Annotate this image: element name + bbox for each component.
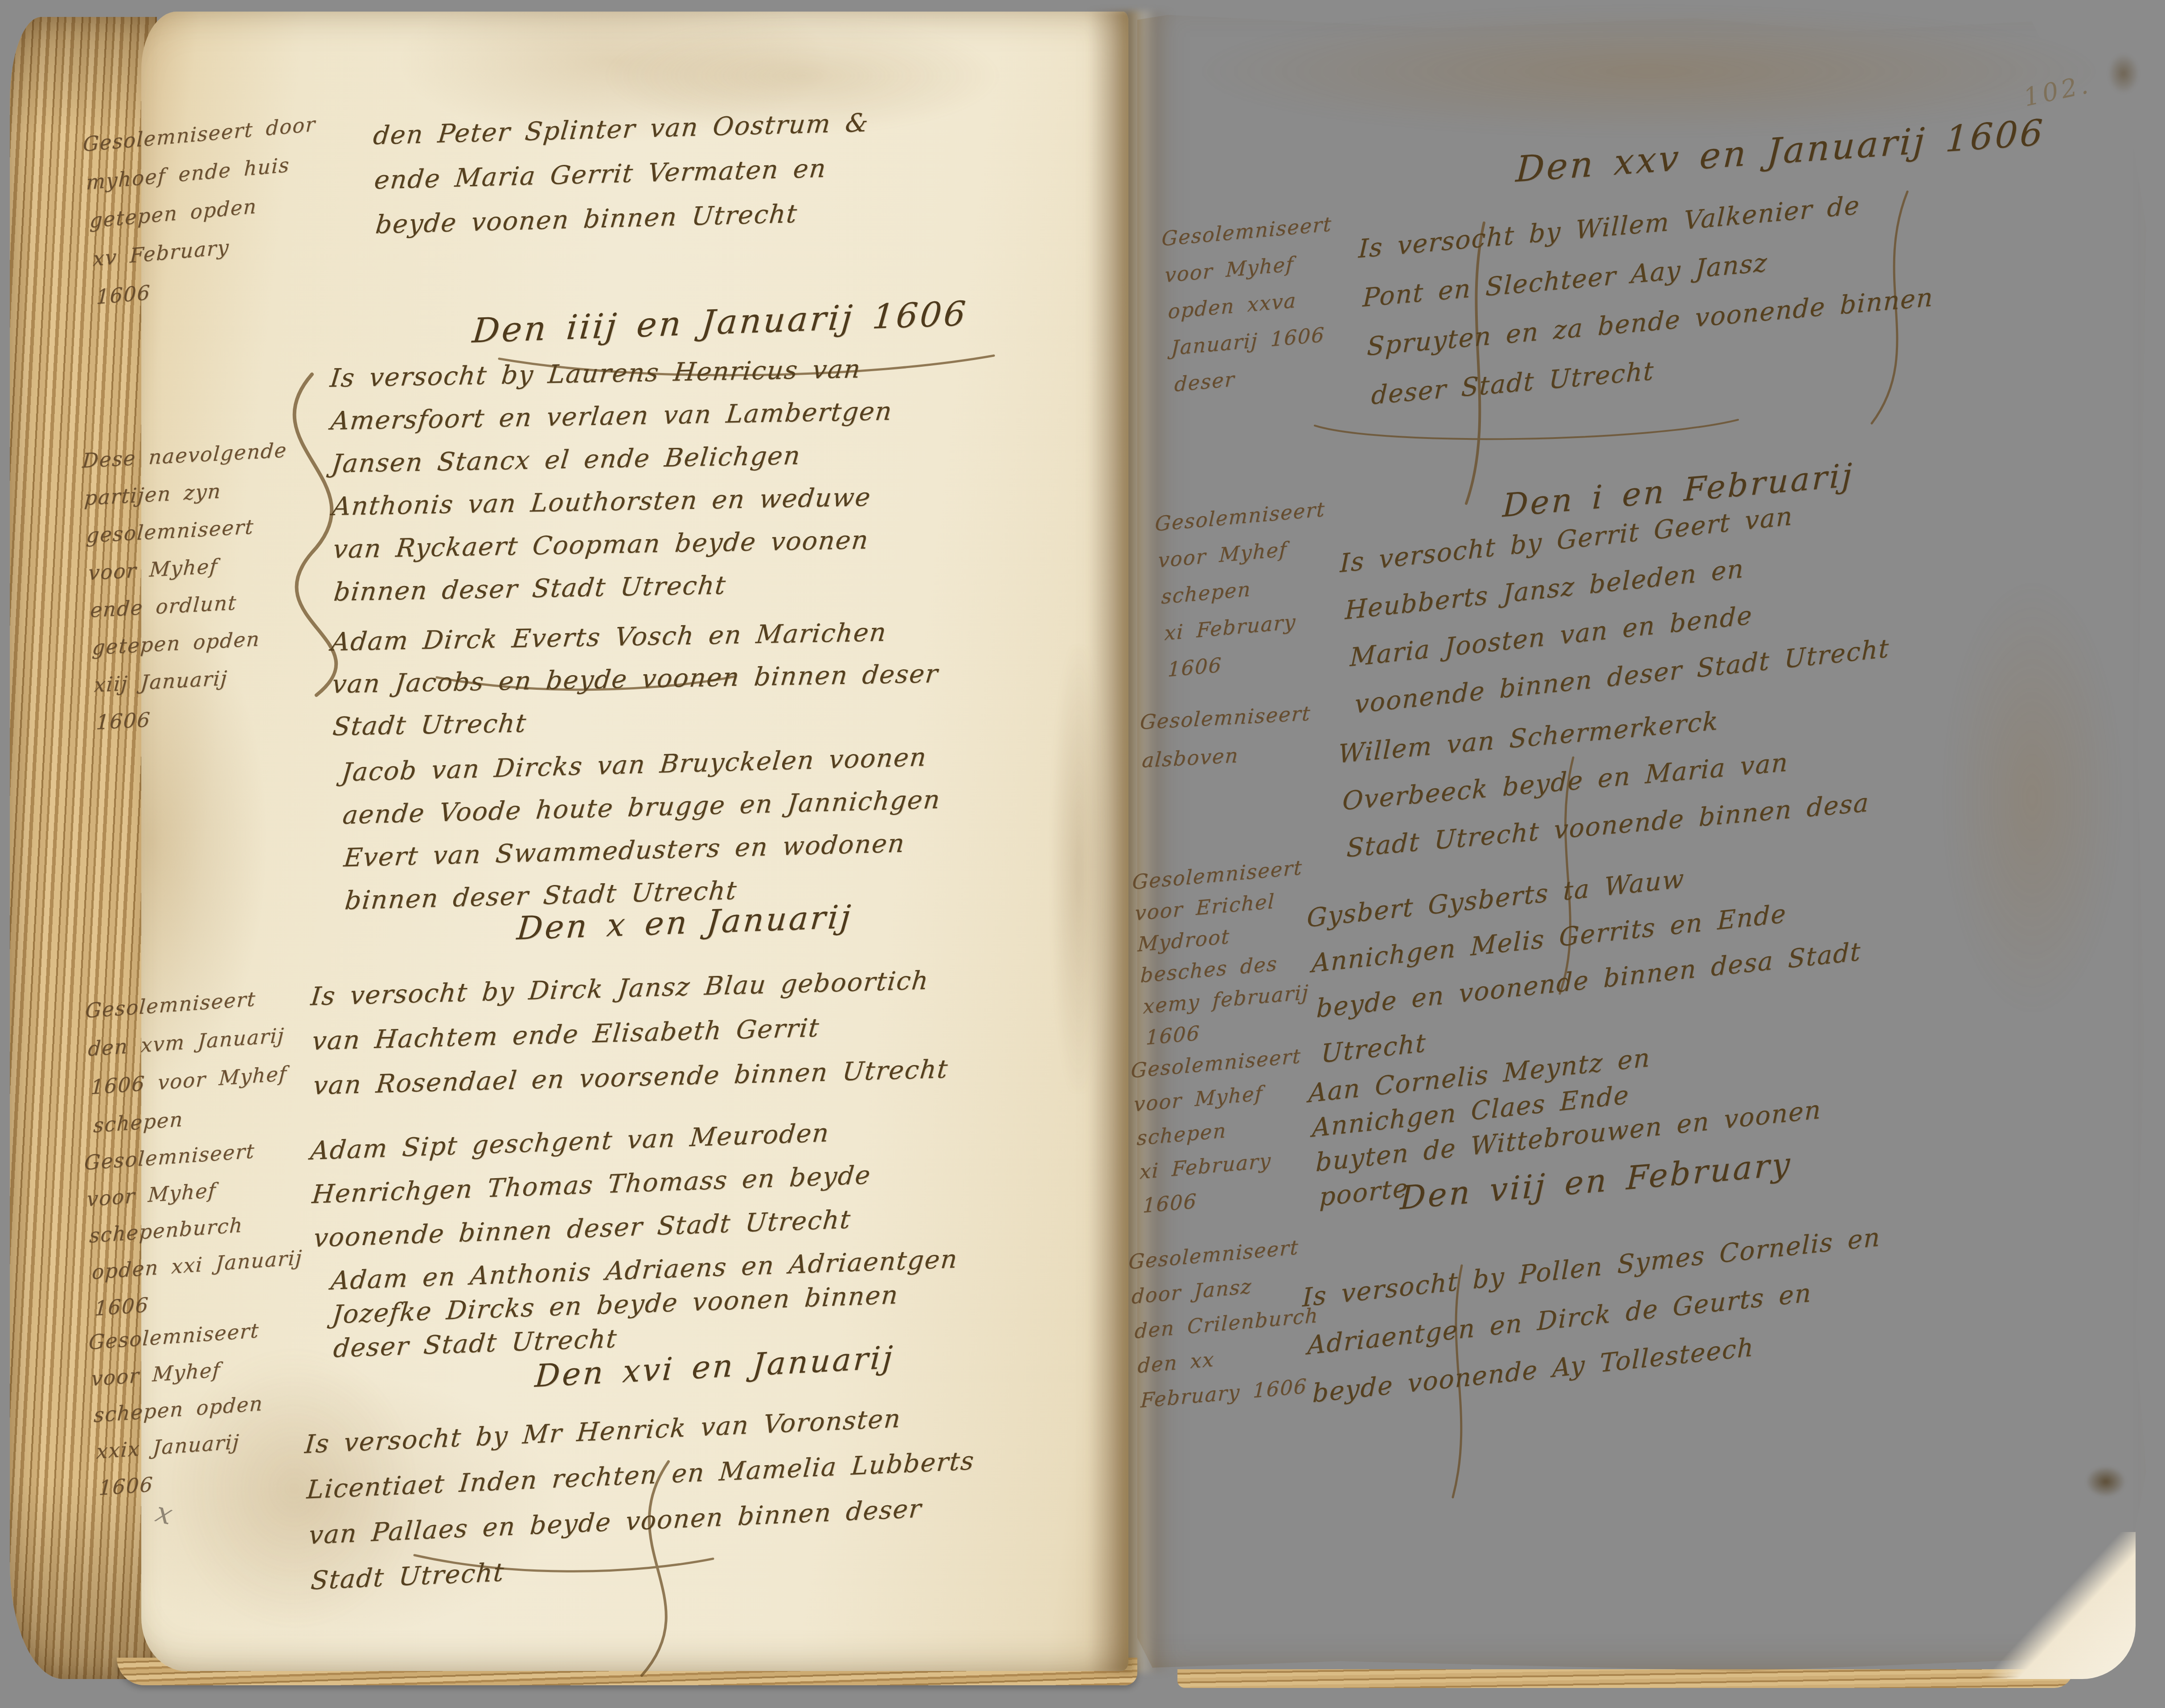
margin-note: Gesolemniseert alsboven bbox=[1139, 694, 1314, 780]
entry-body: Is versocht by Mr Henrick van Voronsten … bbox=[304, 1393, 980, 1603]
bottom-right-dog-ear bbox=[1980, 1532, 2136, 1679]
entry-body: den Peter Splinter van Oostrum & ende Ma… bbox=[373, 100, 872, 247]
margin-note: Gesolemniseert door myhoef ende huis get… bbox=[81, 105, 331, 316]
book-gutter-fold bbox=[1088, 11, 1173, 1673]
margin-note: Gesolemniseert voor Myhef schepen xi Feb… bbox=[1129, 1039, 1314, 1223]
margin-note: Gesolemniseert voor Erichel Mydroot besc… bbox=[1131, 852, 1317, 1053]
margin-note: Gesolemniseert voor Myhef opden xxva Jan… bbox=[1160, 206, 1346, 403]
margin-note: Gesolemniseert door Jansz den Crilenburc… bbox=[1127, 1229, 1326, 1418]
entry-body: Adam Sipt geschgent van Meuroden Henrich… bbox=[310, 1110, 873, 1260]
margin-note: Dese naevolgende partijen zyn gesolemnis… bbox=[82, 431, 302, 741]
margin-note: Gesolemniseert voor Myhef schepen xi Feb… bbox=[1153, 491, 1340, 688]
margin-note: Gesolemniseert voor Myhef schepen opden … bbox=[87, 1312, 271, 1507]
entry-body: Is versocht by Laurens Henricus van Amer… bbox=[330, 347, 896, 614]
entry-body: Adam Dirck Everts Vosch en Marichen van … bbox=[331, 610, 939, 748]
entry-body: Is versocht by Dirck Jansz Blau geboorti… bbox=[310, 958, 949, 1108]
margin-note: Gesolemniseert voor Myhef schepenburch o… bbox=[83, 1130, 306, 1327]
manuscript-photo: { "document": { "description": "Open bou… bbox=[0, 0, 2165, 1708]
book-page-edge-stack-bottom-right bbox=[1177, 1669, 2073, 1688]
entry-body: Jacob van Dircks van Bruyckelen voonen a… bbox=[341, 736, 943, 922]
margin-note: Gesolemniseert den xvm Januarij 1606 voo… bbox=[84, 978, 291, 1145]
